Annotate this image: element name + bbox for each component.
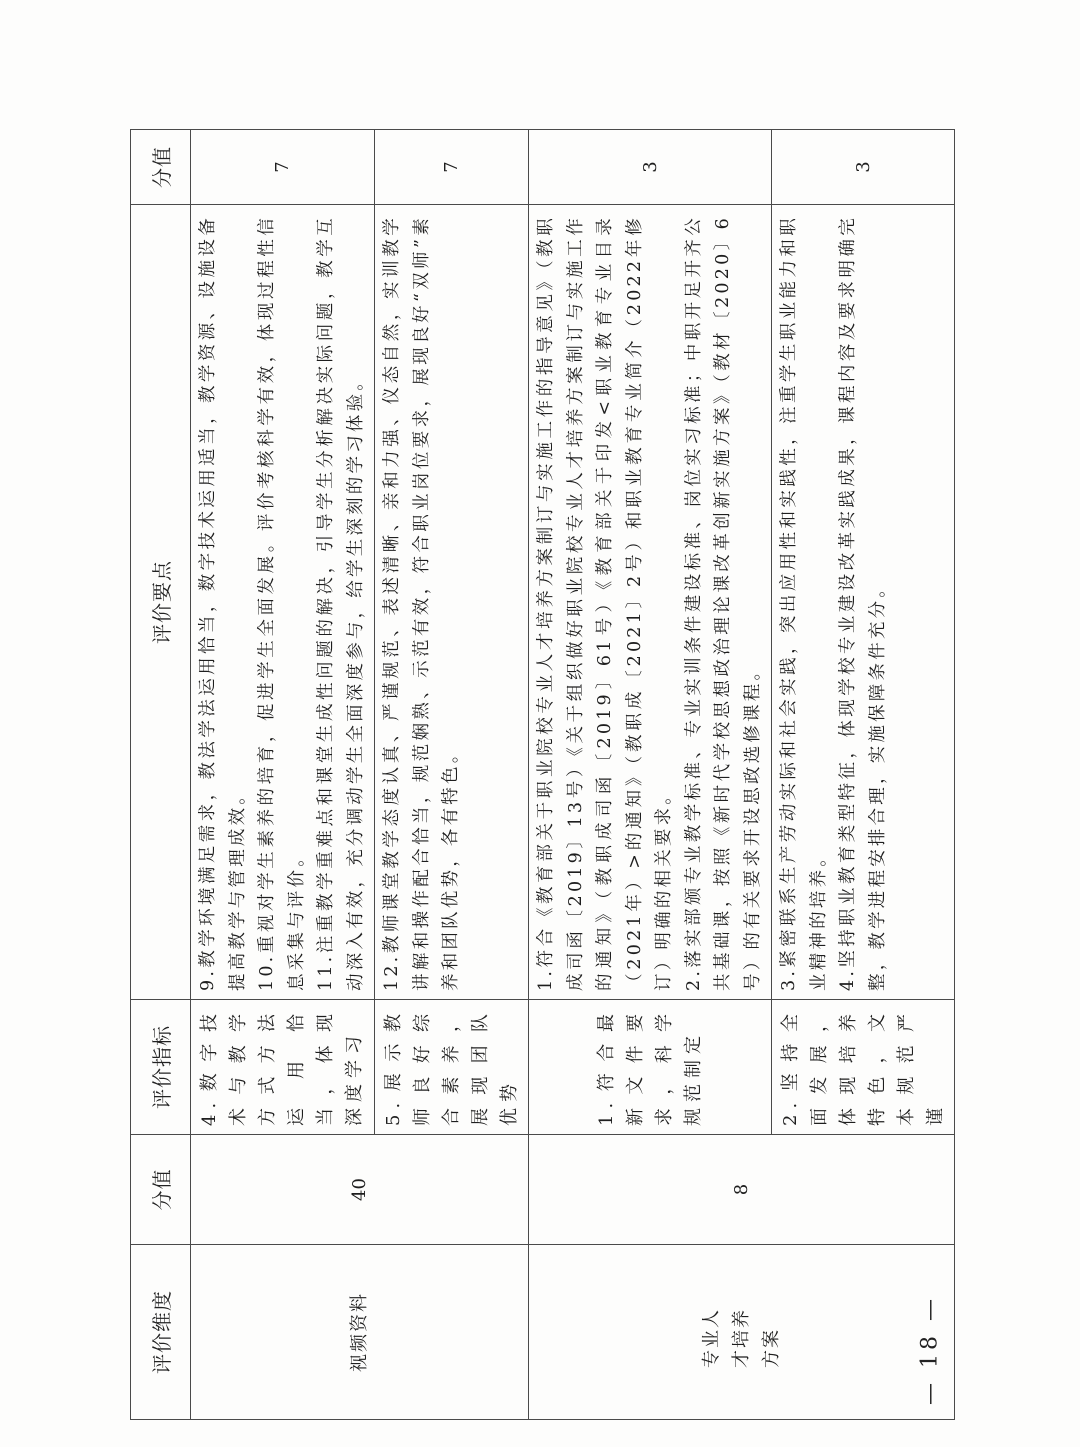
key-point: 3.紧密联系生产劳动实际和社会实践，突出应用性和实践性，注重学生职业能力和职业精… (775, 215, 834, 991)
table-row: 视频资料 40 4.数字技术与教学方式方法运用恰当，体现深度学习 9.教学环境满… (191, 130, 375, 1420)
key-points-cell: 9.教学环境满足需求，教法学法运用恰当，数字技术运用适当，教学资源、设施设备提高… (191, 205, 375, 1000)
indicator-cell: 2.坚持全面发展，体现培养特色，文本规范严谨 (772, 1000, 955, 1135)
key-point: 12.教师课堂教学态度认真、严谨规范、表述清晰、亲和力强、仪态自然，实训教学讲解… (378, 215, 467, 991)
page-number-text: — 18 — (918, 1295, 943, 1405)
header-score: 分值 (131, 1135, 191, 1245)
key-points-cell: 12.教师课堂教学态度认真、严谨规范、表述清晰、亲和力强、仪态自然，实训教学讲解… (375, 205, 529, 1000)
indicator-cell: 4.数字技术与教学方式方法运用恰当，体现深度学习 (191, 1000, 375, 1135)
rotated-table-container: 评价维度 分值 评价指标 评价要点 分值 视频资料 40 4.数字技术与教学方式… (130, 130, 830, 1420)
dimension-score-cell: 40 (191, 1135, 529, 1245)
key-point: 2.落实部颁专业教学标准、专业实训条件建设标准、岗位实习标准；中职开足开齐公共基… (680, 215, 769, 991)
key-points-cell: 3.紧密联系生产劳动实际和社会实践，突出应用性和实践性，注重学生职业能力和职业精… (772, 205, 955, 1000)
header-key-points: 评价要点 (131, 205, 191, 1000)
point-score-cell: 3 (529, 130, 772, 205)
key-point: 9.教学环境满足需求，教法学法运用恰当，数字技术运用适当，教学资源、设施设备提高… (194, 215, 253, 991)
page-number: — 18 — (900, 1290, 960, 1410)
key-point: 10.重视对学生素养的培育，促进学生全面发展。评价考核科学有效，体现过程性信息采… (253, 215, 312, 991)
dimension-score-cell: 8 (529, 1135, 955, 1245)
point-score-cell: 7 (191, 130, 375, 205)
key-points-cell: 1.符合《教育部关于职业院校专业人才培养方案制订与实施工作的指导意见》（教职成司… (529, 205, 772, 1000)
dimension-label: 专业人才培养方案 (697, 1296, 787, 1368)
evaluation-table: 评价维度 分值 评价指标 评价要点 分值 视频资料 40 4.数字技术与教学方式… (130, 129, 955, 1420)
key-point: 11.注重教学重难点和课堂生成性问题的解决，引导学生分析解决实际问题，教学互动深… (312, 215, 371, 991)
header-point-score: 分值 (131, 130, 191, 205)
header-indicator: 评价指标 (131, 1000, 191, 1135)
dimension-cell: 专业人才培养方案 (529, 1245, 955, 1420)
dimension-cell: 视频资料 (191, 1245, 529, 1420)
key-point: 4.坚持职业教育类型特征，体现学校专业建设改革实践成果，课程内容及要求明确完整，… (834, 215, 893, 991)
table-row: 专业人才培养方案 8 1.符合最新文件要求，科学规范制定 1.符合《教育部关于职… (529, 130, 772, 1420)
dimension-label: 视频资料 (345, 1292, 375, 1372)
header-dimension: 评价维度 (131, 1245, 191, 1420)
key-point: 1.符合《教育部关于职业院校专业人才培养方案制订与实施工作的指导意见》（教职成司… (532, 215, 680, 991)
table-header-row: 评价维度 分值 评价指标 评价要点 分值 (131, 130, 191, 1420)
indicator-cell: 5.展示教师良好综合素养，展现团队优势 (375, 1000, 529, 1135)
indicator-cell: 1.符合最新文件要求，科学规范制定 (529, 1000, 772, 1135)
point-score-cell: 7 (375, 130, 529, 205)
point-score-cell: 3 (772, 130, 955, 205)
